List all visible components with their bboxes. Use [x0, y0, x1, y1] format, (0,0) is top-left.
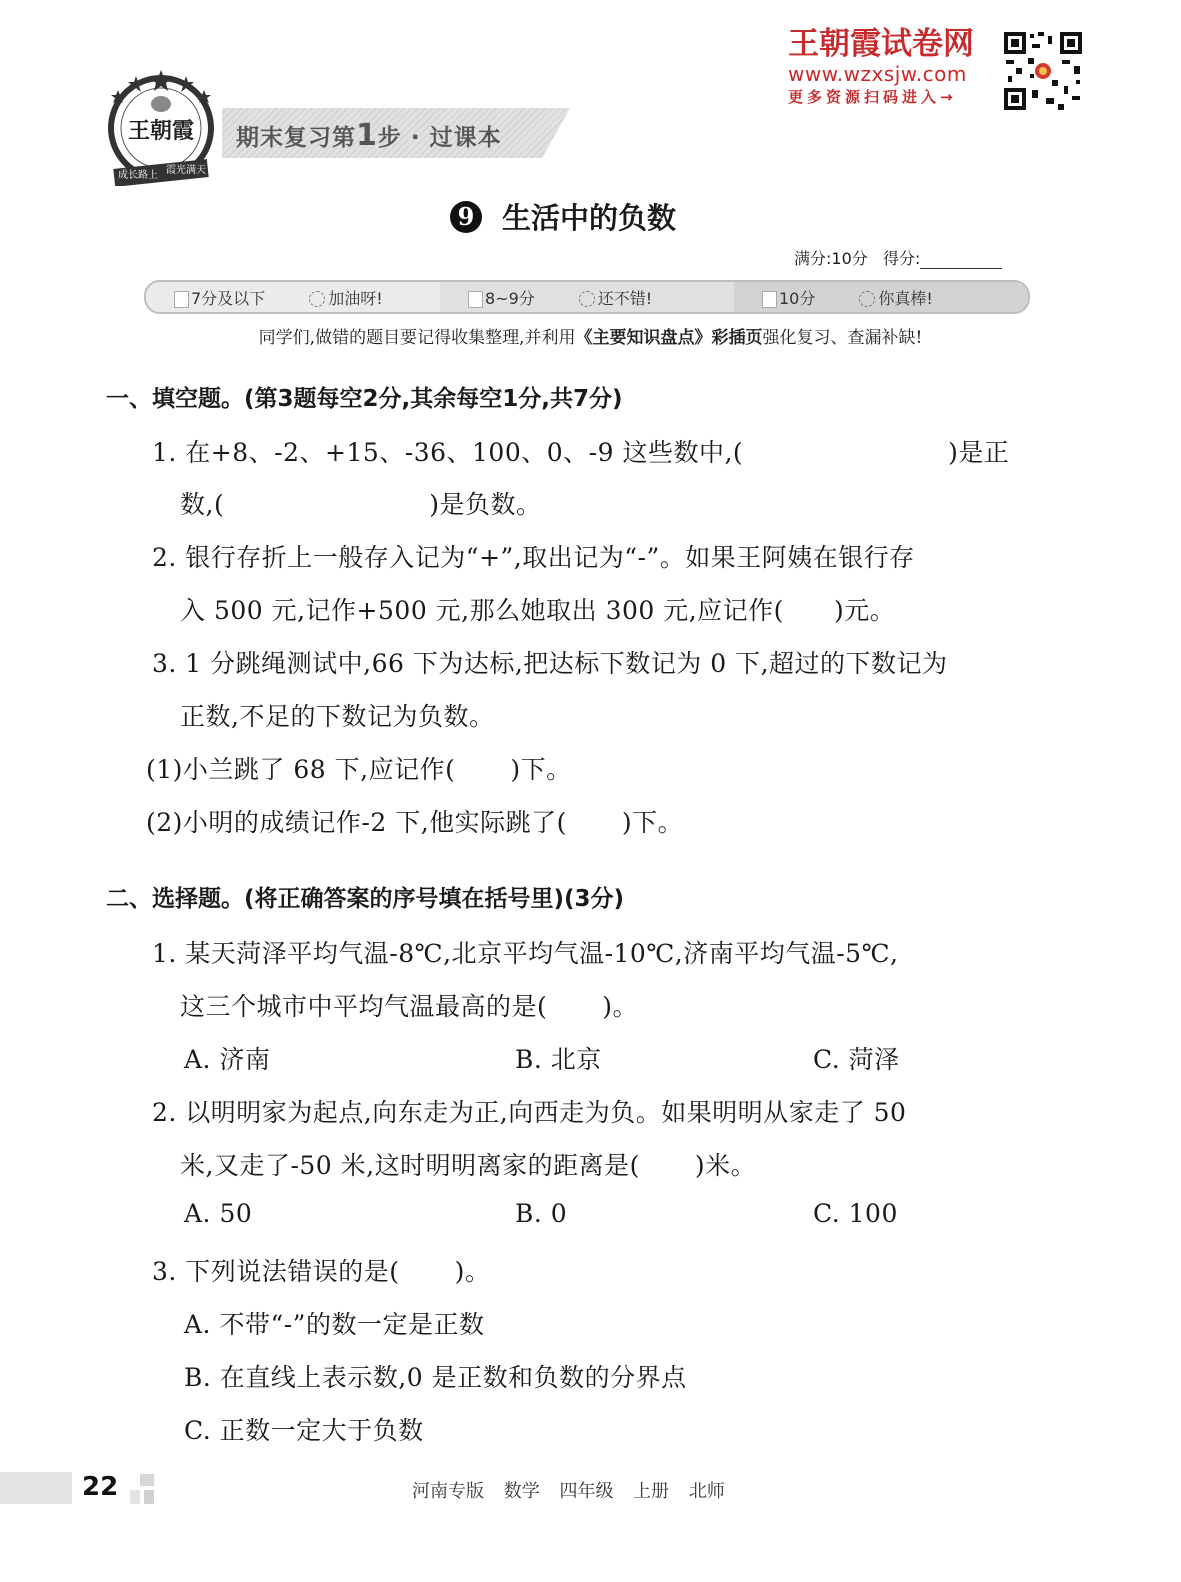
study-tip: 同学们,做错的题目要记得收集整理,并利用《主要知识盘点》彩插页强化复习、查漏补缺… — [0, 323, 1181, 348]
s1-q2-line1: 2. 银行存折上一般存入记为“+”,取出记为“-”。如果王阿姨在银行存 — [152, 538, 915, 574]
decor-square — [130, 1490, 140, 1504]
logo-name: 王朝霞 — [128, 118, 194, 144]
s1-q3-line2: 正数,不足的下数记为负数。 — [180, 697, 494, 733]
s1-q2-line2: 入 500 元,记作+500 元,那么她取出 300 元,应记作()元。 — [180, 591, 895, 627]
footer-bar — [0, 1472, 72, 1504]
s2-q2-option-c: C. 100 — [813, 1199, 898, 1228]
series-banner-text: 期末复习第1步 · 过课本 — [236, 118, 502, 153]
page-title: 9 生活中的负数 — [450, 196, 676, 237]
score-line: 满分:10分 得分: — [794, 246, 1002, 269]
face-icon — [579, 291, 595, 307]
s2-q1-option-b: B. 北京 — [515, 1040, 602, 1076]
brand-url[interactable]: www.wzxsjw.com — [788, 62, 974, 86]
s2-q3-option-b: B. 在直线上表示数,0 是正数和负数的分界点 — [184, 1358, 687, 1394]
s2-q2-option-b: B. 0 — [515, 1199, 567, 1228]
score-label: 得分: — [883, 249, 920, 268]
qr-code-icon[interactable] — [1002, 30, 1084, 112]
s2-q3-option-a: A. 不带“-”的数一定是正数 — [184, 1305, 484, 1341]
svg-text:成长路上: 成长路上 — [118, 168, 158, 181]
rating-checkbox[interactable] — [174, 291, 189, 308]
s1-q1-line1: 1. 在+8、-2、+15、-36、100、0、-9 这些数中,()是正 — [152, 433, 1009, 469]
s1-q1-line2: 数,()是负数。 — [180, 485, 541, 521]
section-2-heading: 二、选择题。(将正确答案的序号填在括号里)(3分) — [106, 880, 624, 913]
score-blank[interactable] — [920, 252, 1002, 269]
lesson-title: 生活中的负数 — [502, 196, 676, 237]
rating-checkbox[interactable] — [762, 291, 777, 308]
brand-title: 王朝霞试卷网 — [788, 26, 974, 62]
self-rating-bar: 7分及以下 加油呀! 8~9分 还不错! 10分 你真棒! — [144, 280, 1030, 314]
rating-checkbox[interactable] — [468, 291, 483, 308]
decor-square — [144, 1490, 154, 1504]
face-icon — [309, 291, 325, 307]
s2-q1-line2: 这三个城市中平均气温最高的是()。 — [180, 987, 638, 1023]
lesson-number-badge: 9 — [450, 201, 482, 233]
s2-q3-option-c: C. 正数一定大于负数 — [184, 1411, 424, 1447]
svg-text:霞光满天: 霞光满天 — [166, 163, 206, 176]
rating-segment-high: 10分 你真棒! — [734, 282, 1028, 312]
s2-q3-line1: 3. 下列说法错误的是()。 — [152, 1252, 490, 1288]
brand-cta: 更多资源扫码进入→ — [788, 86, 974, 108]
rating-segment-mid: 8~9分 还不错! — [440, 282, 734, 312]
s2-q2-option-a: A. 50 — [184, 1199, 252, 1228]
s2-q2-line2: 米,又走了-50 米,这时明明离家的距离是()米。 — [180, 1146, 756, 1182]
rating-segment-low: 7分及以下 加油呀! — [146, 282, 440, 312]
brand-block: 王朝霞试卷网 www.wzxsjw.com 更多资源扫码进入→ — [788, 26, 974, 108]
s2-q1-option-a: A. 济南 — [184, 1040, 270, 1076]
s1-q3-sub1: (1)小兰跳了 68 下,应记作()下。 — [146, 750, 572, 786]
s1-q3-line1: 3. 1 分跳绳测试中,66 下为达标,把达标下数记为 0 下,超过的下数记为 — [152, 644, 948, 680]
section-1-heading: 一、填空题。(第3题每空2分,其余每空1分,共7分) — [106, 380, 623, 413]
footer-book-info: 河南专版 数学 四年级 上册 北师 — [412, 1477, 725, 1503]
full-score: 满分:10分 — [794, 249, 868, 268]
publisher-logo: 王朝霞 成长路上 霞光满天 — [106, 66, 216, 186]
s2-q2-line1: 2. 以明明家为起点,向东走为正,向西走为负。如果明明从家走了 50 — [152, 1093, 906, 1129]
s2-q1-line1: 1. 某天菏泽平均气温-8℃,北京平均气温-10℃,济南平均气温-5℃, — [152, 934, 899, 970]
s1-q3-sub2: (2)小明的成绩记作-2 下,他实际跳了()下。 — [146, 803, 683, 839]
s2-q1-option-c: C. 菏泽 — [813, 1040, 900, 1076]
decor-square — [140, 1474, 154, 1486]
page-number: 22 — [82, 1472, 118, 1502]
face-icon — [859, 291, 875, 307]
